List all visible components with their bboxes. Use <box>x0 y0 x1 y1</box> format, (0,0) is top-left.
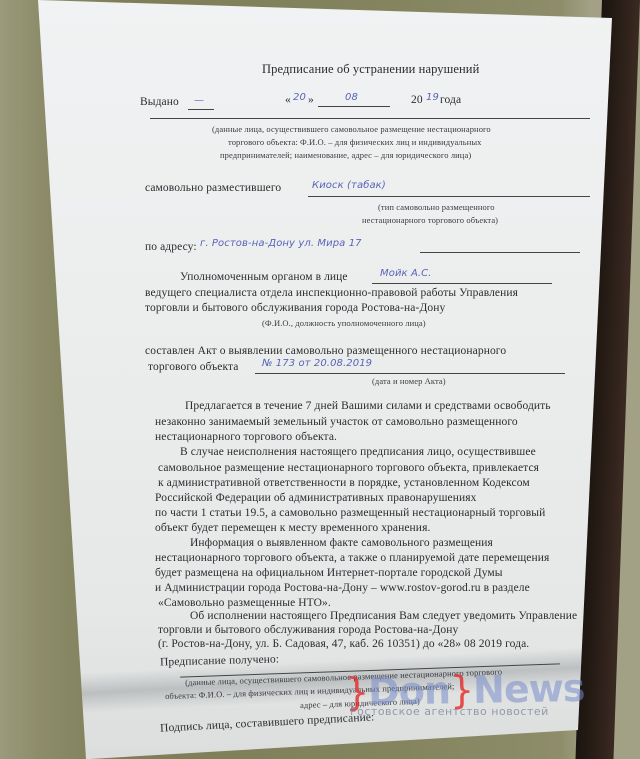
issued-caption-1: (данные лица, осуществившего самовольное… <box>212 124 491 134</box>
para1-line2: незаконно занимаемый земельный участок о… <box>155 416 518 428</box>
para3-line5: «Самовольно размещенные НТО». <box>158 597 331 609</box>
date-day-open: « <box>285 94 291 106</box>
address-value: г. Ростов-на-Дону ул. Мира 17 <box>200 238 362 249</box>
authority-caption: (Ф.И.О., должность уполномоченного лица) <box>262 318 426 328</box>
para4-line3: (г. Ростов-на-Дону, ул. Б. Садовая, 47, … <box>158 638 529 650</box>
date-year-suffix: 19 <box>426 92 439 103</box>
para3-line3: будет размещена на официальном Интернет-… <box>155 567 503 579</box>
para1-line3: нестационарного торгового объекта. <box>155 431 337 443</box>
para2-line5: по части 1 статьи 19.5, а самовольно раз… <box>155 507 545 519</box>
signature-label: Подпись лица, составившего предписание: <box>160 711 375 734</box>
authority-value: Мойк А.С. <box>380 268 432 279</box>
act-value: № 173 от 20.08.2019 <box>262 358 372 369</box>
para2-line2: самовольное размещение нестационарного т… <box>158 462 539 474</box>
address-label: по адресу: <box>145 241 197 253</box>
act-caption: (дата и номер Акта) <box>372 376 446 386</box>
date-year-prefix: 20 <box>411 94 423 106</box>
placed-caption-2: нестационарного торгового объекта) <box>362 215 498 225</box>
document-title: Предписание об устранении нарушений <box>262 62 479 77</box>
placed-value: Киоск (табак) <box>312 180 386 191</box>
para3-line4: и Администрации города Ростова-на-Дону –… <box>155 582 530 594</box>
authority-lead: Уполномоченным органом в лице <box>180 271 348 283</box>
para2-line3: к административной ответственности в пор… <box>158 477 530 489</box>
issued-caption-3: предпринимателей; наименование, адрес – … <box>220 150 471 160</box>
para2-line6: объект будет перемещен к месту временног… <box>155 522 430 534</box>
date-day-close: » <box>308 94 314 106</box>
para4-line2: торговли и бытового обслуживания города … <box>158 624 458 636</box>
received-label: Предписание получено: <box>160 653 279 668</box>
placed-caption-1: (тип самовольно размещенного <box>378 202 495 212</box>
authority-line-1: ведущего специалиста отдела инспекционно… <box>145 287 518 299</box>
notice-document: Предписание об устранении нарушений Выда… <box>0 0 640 759</box>
para4-line1: Об исполнении настоящего Предписания Вам… <box>190 610 577 622</box>
para1-line1: Предлагается в течение 7 дней Вашими сил… <box>185 400 551 412</box>
issued-label: Выдано <box>140 96 179 108</box>
para3-line1: Информация о выявленном факте самовольно… <box>190 537 493 549</box>
date-month: 08 <box>345 92 358 103</box>
watermark-subtitle: Ростовское агентство новостей <box>350 705 549 718</box>
para3-line2: нестационарного торгового объекта, а так… <box>155 552 549 564</box>
authority-line-2: торговли и бытового обслуживания города … <box>145 302 445 314</box>
issued-caption-2: торгового объекта: Ф.И.О. – для физическ… <box>228 137 482 147</box>
date-year-word: года <box>440 94 461 106</box>
act-line-1: составлен Акт о выявлении самовольно раз… <box>145 345 506 357</box>
para2-line1: В случае неисполнения настоящего предпис… <box>180 446 536 458</box>
date-day: 20 <box>293 92 306 103</box>
placed-label: самовольно разместившего <box>145 182 281 194</box>
issued-value: — <box>194 95 204 106</box>
act-line-2: торгового объекта <box>148 361 238 373</box>
para2-line4: Российской Федерации об административных… <box>155 492 476 504</box>
